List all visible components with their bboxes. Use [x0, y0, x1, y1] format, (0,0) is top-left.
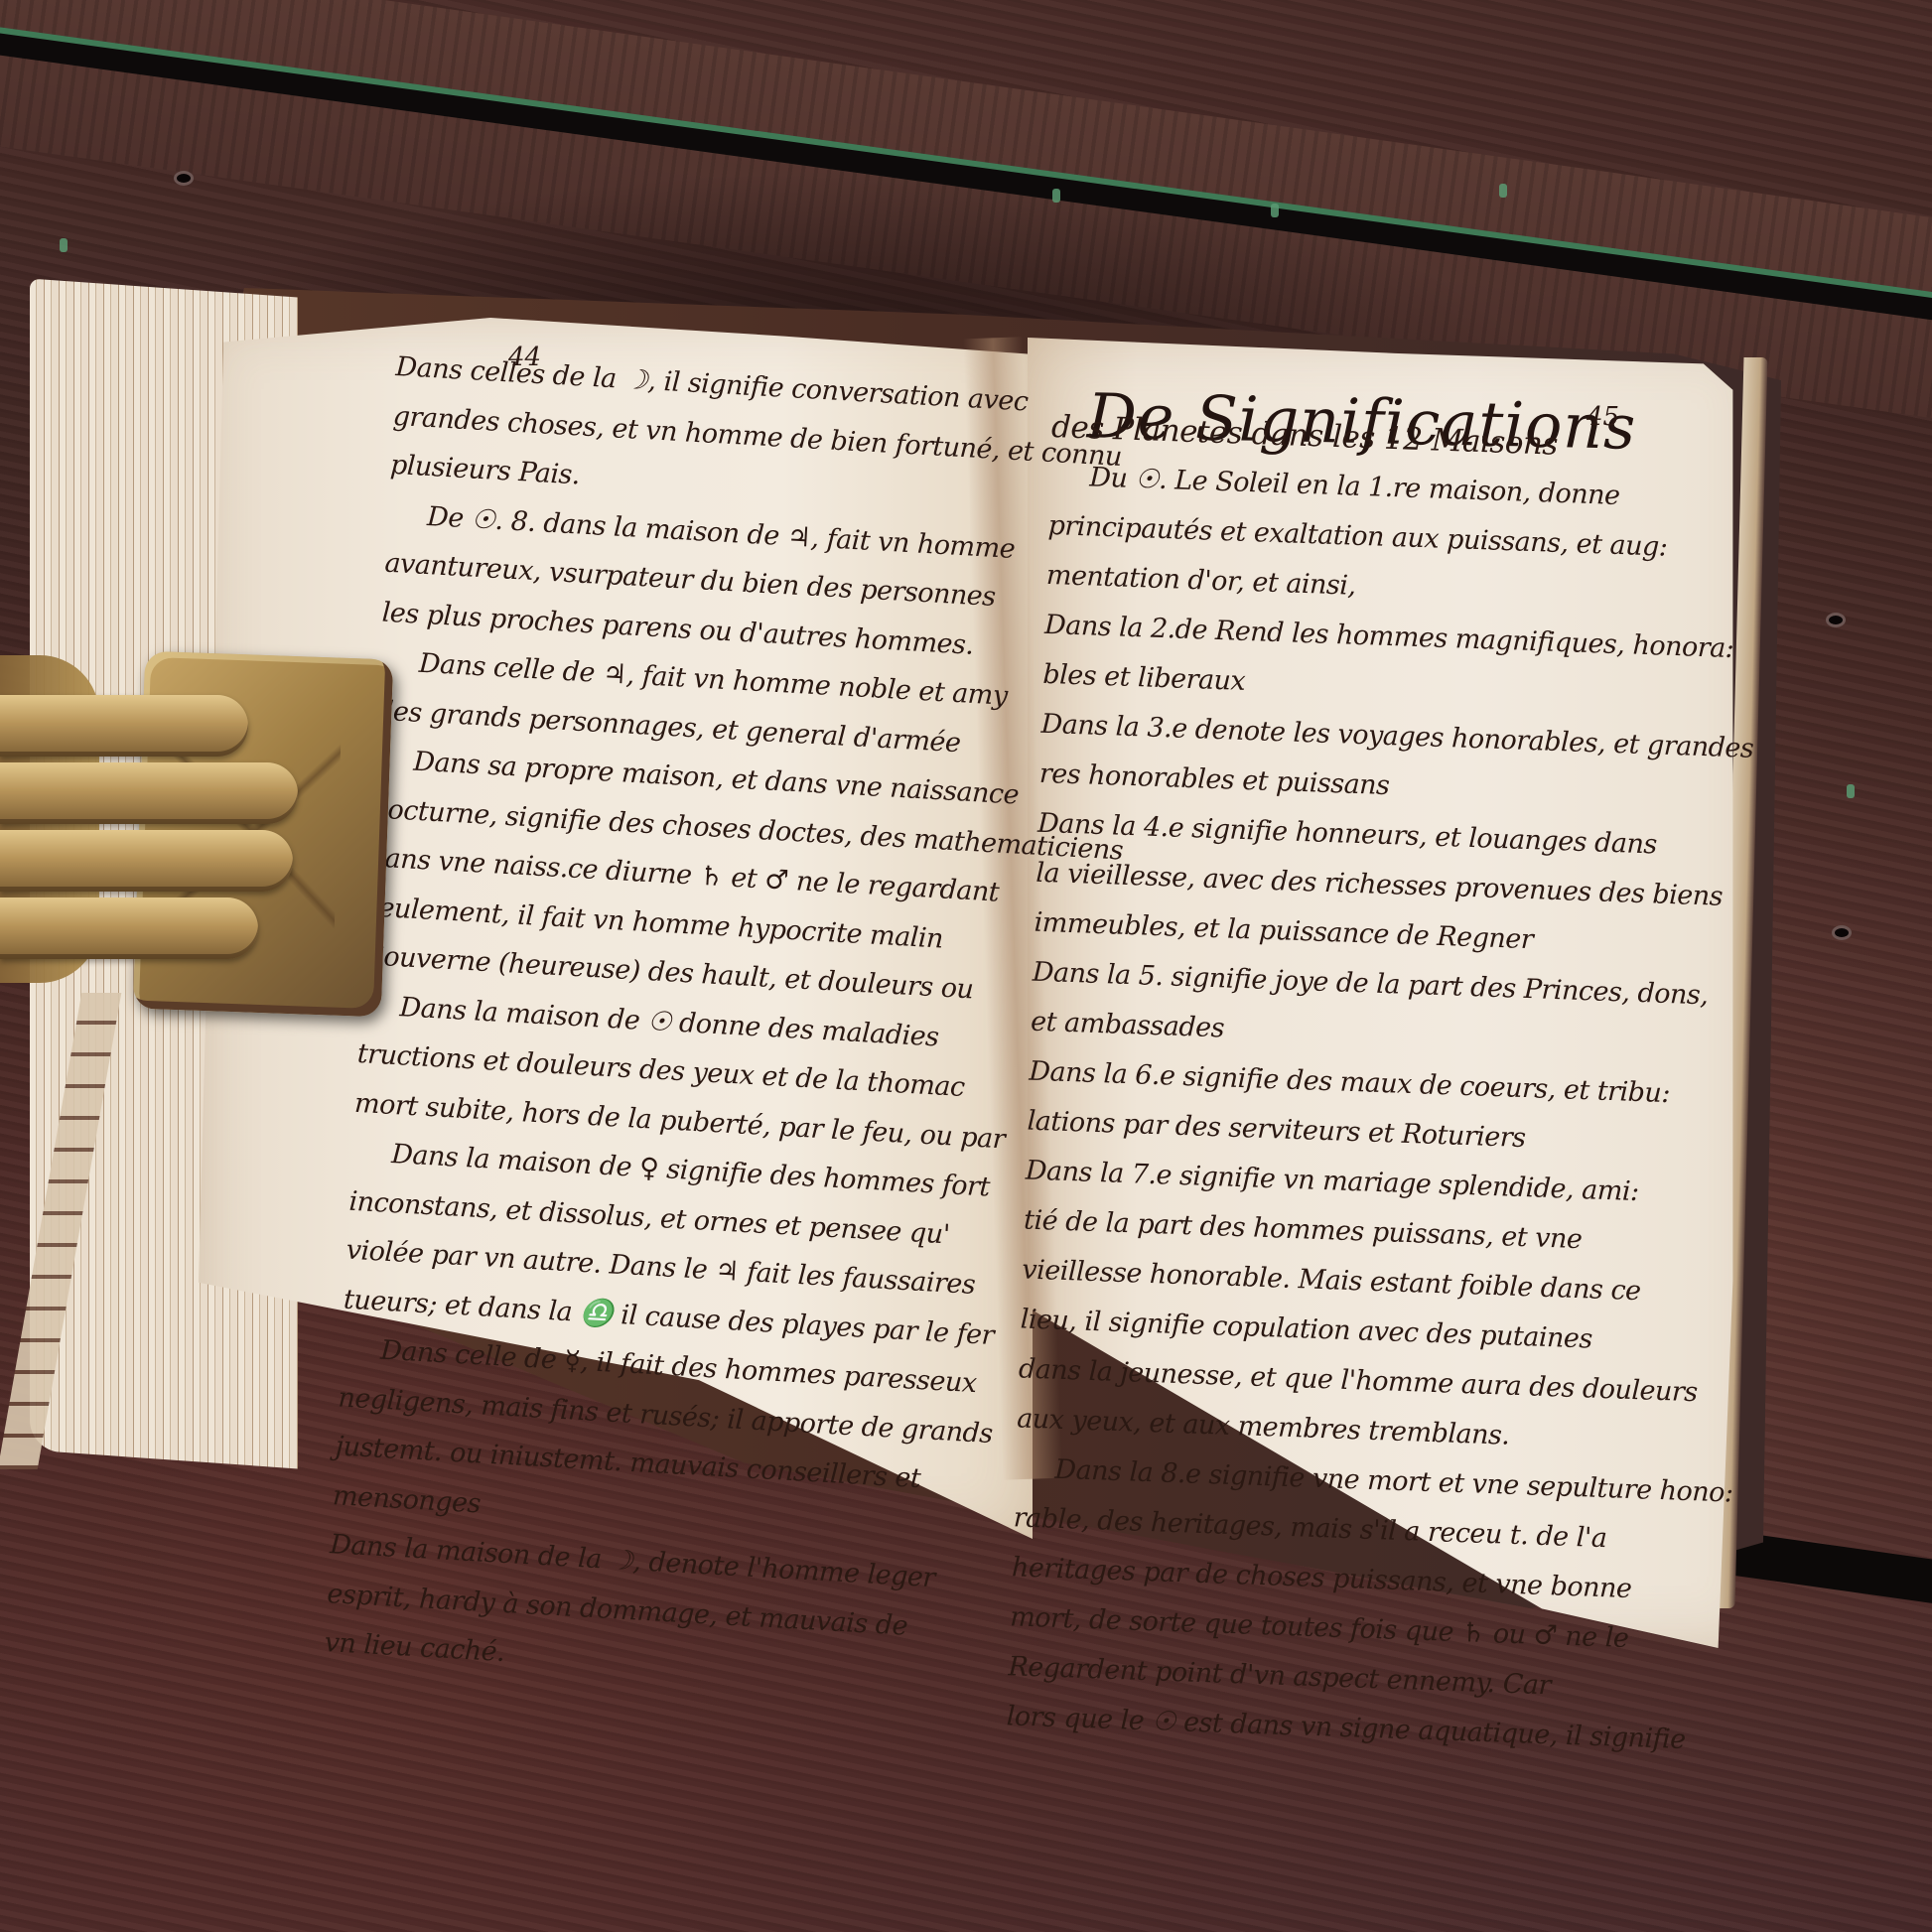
brass-finger [0, 830, 293, 892]
green-paint-fleck [1847, 784, 1855, 798]
brass-finger [0, 762, 298, 824]
nail-hole [1829, 616, 1843, 624]
green-paint-fleck [1499, 184, 1507, 198]
green-paint-fleck [1271, 204, 1279, 217]
nail-hole [1835, 928, 1849, 937]
nail-hole [177, 174, 191, 183]
green-paint-fleck [1052, 189, 1060, 203]
green-paint-fleck [60, 238, 68, 252]
brass-finger [0, 695, 248, 757]
right-page-text: des Planetes dans les 12 Maisons Du ☉. L… [1006, 402, 1770, 1766]
brass-finger [0, 897, 258, 959]
